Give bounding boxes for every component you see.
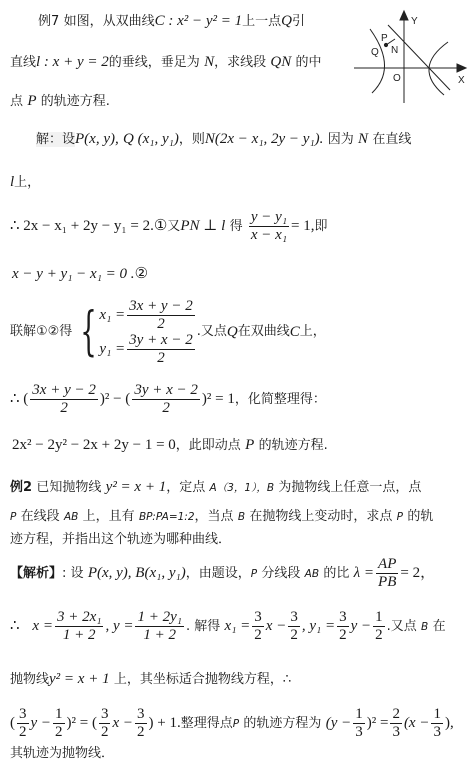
example7-line3: 点 P 的轨迹方程. — [10, 92, 110, 111]
example-label: 例7 — [38, 14, 59, 29]
example2-line1: 例2 已知抛物线 y² = x + 1，定点 A（3，1），B 为抛物线上任意一… — [10, 478, 421, 497]
locus-equation: 2x² − 2y² − 2x + 2y − 1 = 0 — [12, 437, 176, 453]
solution2-line1: 【解析】: 设 P(x, y), B(x₁, y₁)，由题设，P 分线段 AB … — [10, 555, 435, 592]
equation-system: x₁ =3x + y − 22 y₁ =3y + x − 22 — [99, 298, 196, 366]
svg-text:Q: Q — [371, 47, 379, 58]
example7-line2: 直线l : x + y = 2的垂线，垂足为 N，求线段 QN 的中 — [10, 53, 322, 72]
solution2-conclusion: 其轨迹为抛物线． — [10, 744, 114, 763]
y-axis-arrow-icon — [400, 11, 408, 20]
svg-text:N: N — [391, 45, 398, 56]
solution2-line2: ∴ x =3 + 2x₁1 + 2, y =1 + 2y₁1 + 2. 解得 x… — [10, 608, 446, 645]
solution7-line3: ∴ 2x − x₁ + 2y − y₁ = 2.①又PN ⊥ l 得 y − y… — [10, 208, 328, 245]
example7-line1: 例7 如图，从双曲线C : x² − y² = 1上一点Q引 — [38, 12, 305, 31]
solution7-line1: 解：设P(x, y), Q (x₁, y₁)，则N(2x − x₁, 2y − … — [36, 130, 411, 149]
solution7-line6: ∴ (3x + y − 22)² − (3y + x − 22)² = 1，化简… — [10, 382, 326, 417]
solution7-line5: 联解①②得{ x₁ =3x + y − 22 y₁ =3y + x − 22 .… — [10, 298, 326, 366]
example-label: 例2 — [10, 480, 32, 495]
solution7-line4: x − y + y₁ − x₁ = 0 .② — [12, 265, 148, 283]
svg-text:Y: Y — [411, 16, 418, 27]
example2-line3: 迹方程，并指出这个轨迹为哪种曲线． — [10, 530, 231, 549]
hyperbola-equation: C : x² − y² = 1 — [155, 13, 243, 29]
solution2-line3: 抛物线y² = x + 1 上，其坐标适合抛物线方程，∴ — [10, 670, 291, 689]
svg-text:O: O — [393, 73, 401, 84]
x-axis-arrow-icon — [457, 64, 466, 72]
svg-text:X: X — [458, 75, 465, 86]
solution7-line2: l上， — [10, 173, 40, 192]
hyperbola-diagram: Y X O P Q N — [352, 5, 470, 105]
analysis-tag: 【解析】 — [10, 566, 62, 581]
svg-text:P: P — [381, 33, 388, 44]
left-brace: { — [81, 306, 98, 358]
example2-line2: P 在线段 AB 上，且有 BP:PA=1:2，当点 B 在抛物线上变动时，求点… — [10, 507, 433, 526]
line-equation: l : x + y = 2 — [36, 54, 109, 70]
slope-fraction: y − y₁x − x₁ — [249, 209, 289, 244]
solution7-result: 2x² − 2y² − 2x + 2y − 1 = 0，此即动点 P 的轨迹方程… — [12, 436, 328, 455]
solution2-line4: (32y −12)² = (32x −32) + 1.整理得点P 的轨迹方程为 … — [10, 705, 454, 742]
